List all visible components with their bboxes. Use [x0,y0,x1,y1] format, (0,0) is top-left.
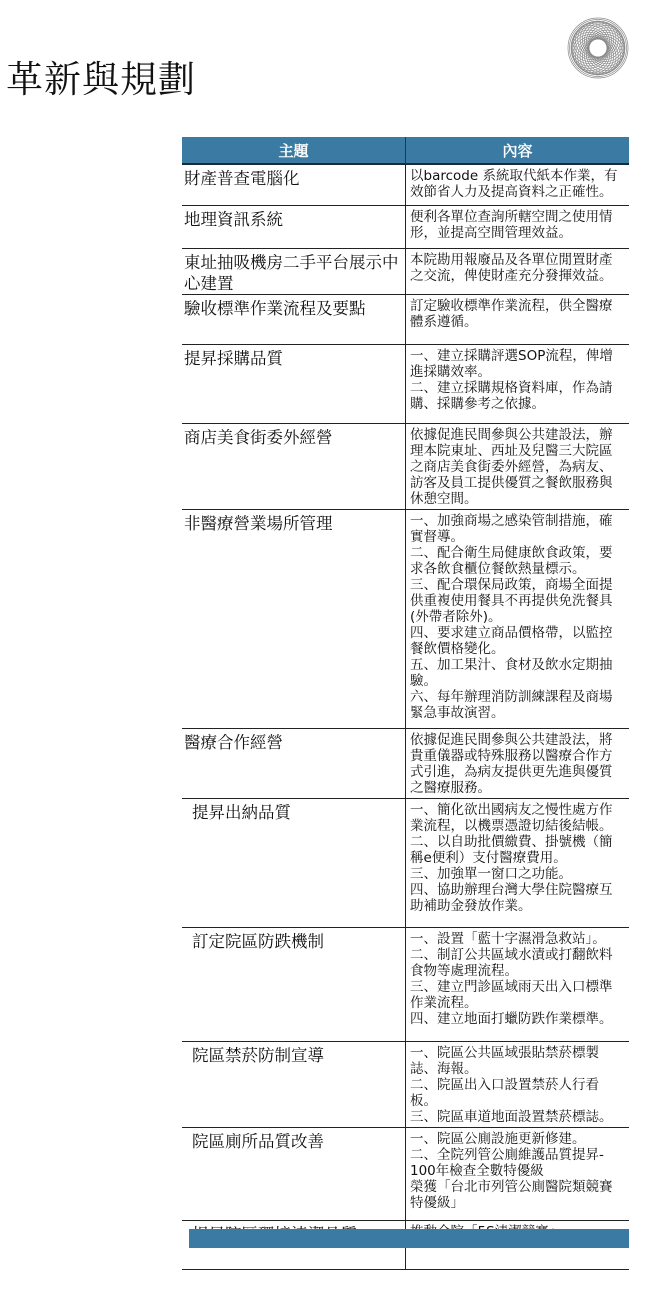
content-line: 依據促進民間參與公共建設法，辦理本院東址、西址及兒醫三大院區之商店美食街委外經營… [410,427,625,507]
content-line: 三、建立門診區域雨天出入口標準作業流程。 [410,979,625,1011]
content-line: 四、建立地面打蠟防跌作業標準。 [410,1011,625,1027]
row-topic: 醫療合作經營 [182,728,406,798]
table-row: 驗收標準作業流程及要點訂定驗收標準作業流程，供全醫療體系遵循。 [182,294,629,344]
content-line: 一、建立採購評選SOP流程，俾增進採購效率。 [410,348,625,380]
row-content: 一、加強商場之感染管制措施，確實督導。二、配合衛生局健康飲食政策，要求各飲食櫃位… [406,509,630,728]
table-row: 商店美食街委外經營依據促進民間參與公共建設法，辦理本院東址、西址及兒醫三大院區之… [182,423,629,509]
row-topic: 院區禁菸防制宣導 [182,1041,406,1127]
row-topic: 財產普查電腦化 [182,164,406,205]
table-row: 地理資訊系統便利各單位查詢所轄空間之使用情形，並提高空間管理效益。 [182,205,629,248]
table-header-row: 主題 內容 [182,137,629,164]
row-content: 依據促進民間參與公共建設法，辦理本院東址、西址及兒醫三大院區之商店美食街委外經營… [406,423,630,509]
header-topic: 主題 [182,137,406,164]
content-line: 一、簡化欲出國病友之慢性處方作業流程，以機票憑證切結後結帳。 [410,802,625,834]
content-line: 三、加強單一窗口之功能。 [410,866,625,882]
row-topic: 提昇出納品質 [182,798,406,927]
content-line: 依據促進民間參與公共建設法，將貴重儀器或特殊服務以醫療合作方式引進，為病友提供更… [410,732,625,796]
table-row: 院區廁所品質改善一、院區公廁設施更新修建。二、全院列管公廁維護品質提昇-100年… [182,1127,629,1220]
table-footer-bar [189,1229,629,1248]
content-line: 一、院區公廁設施更新修建。 [410,1131,625,1147]
content-line: 五、加工果汁、食材及飲水定期抽驗。 [410,657,625,689]
table-row: 院區禁菸防制宣導一、院區公共區域張貼禁菸標製誌、海報。二、院區出入口設置禁菸人行… [182,1041,629,1127]
row-content: 便利各單位查詢所轄空間之使用情形，並提高空間管理效益。 [406,205,630,248]
table-row: 非醫療營業場所管理一、加強商場之感染管制措施，確實督導。二、配合衛生局健康飲食政… [182,509,629,728]
page-title: 革新與規劃 [6,58,196,102]
content-line: 一、院區公共區域張貼禁菸標製誌、海報。 [410,1045,625,1077]
table-row: 提昇採購品質一、建立採購評選SOP流程，俾增進採購效率。二、建立採購規格資料庫，… [182,344,629,423]
content-line: 100年檢查全數特優級 [410,1163,625,1179]
spirograph-logo-icon [566,16,630,80]
row-content: 一、簡化欲出國病友之慢性處方作業流程，以機票憑證切結後結帳。二、以自助批價繳費、… [406,798,630,927]
content-line: 榮獲「台北市列管公廁醫院類競賽特優級」 [410,1179,625,1211]
content-line: 三、配合環保局政策，商場全面提供重複使用餐具不再提供免洗餐具(外帶者除外)。 [410,577,625,625]
table-row: 東址抽吸機房二手平台展示中心建置本院勘用報廢品及各單位閒置財產之交流，俾使財產充… [182,248,629,294]
row-topic: 東址抽吸機房二手平台展示中心建置 [182,248,406,294]
content-line: 本院勘用報廢品及各單位閒置財產之交流，俾使財產充分發揮效益。 [410,252,625,284]
row-content: 一、院區公共區域張貼禁菸標製誌、海報。二、院區出入口設置禁菸人行看板。三、院區車… [406,1041,630,1127]
content-line: 二、以自助批價繳費、掛號機（簡稱e便利）支付醫療費用。 [410,834,625,866]
table-row: 醫療合作經營依據促進民間參與公共建設法，將貴重儀器或特殊服務以醫療合作方式引進，… [182,728,629,798]
table-row: 提昇出納品質一、簡化欲出國病友之慢性處方作業流程，以機票憑證切結後結帳。二、以自… [182,798,629,927]
content-line: 四、要求建立商品價格帶，以監控餐飲價格變化。 [410,625,625,657]
header-content: 內容 [406,137,630,164]
row-topic: 提昇採購品質 [182,344,406,423]
row-topic: 地理資訊系統 [182,205,406,248]
content-line: 二、配合衛生局健康飲食政策，要求各飲食櫃位餐飲熱量標示。 [410,545,625,577]
row-topic: 院區廁所品質改善 [182,1127,406,1220]
content-line: 四、協助辦理台灣大學住院醫療互助補助金發放作業。 [410,882,625,914]
content-line: 二、制訂公共區域水漬或打翻飲料食物等處理流程。 [410,947,625,979]
row-topic: 訂定院區防跌機制 [182,927,406,1041]
content-line: 二、建立採購規格資料庫，作為請購、採購參考之依據。 [410,380,625,412]
content-line: 一、加強商場之感染管制措施，確實督導。 [410,513,625,545]
content-line: 二、院區出入口設置禁菸人行看板。 [410,1077,625,1109]
innovation-planning-table: 主題 內容 財產普查電腦化以barcode 系統取代紙本作業，有效節省人力及提高… [182,137,629,1270]
content-line: 三、院區車道地面設置禁菸標誌。 [410,1109,625,1125]
row-content: 一、院區公廁設施更新修建。二、全院列管公廁維護品質提昇-100年檢查全數特優級榮… [406,1127,630,1220]
content-line: 一、設置「藍十字濕滑急救站」。 [410,931,625,947]
content-line: 二、全院列管公廁維護品質提昇- [410,1147,625,1163]
row-content: 訂定驗收標準作業流程，供全醫療體系遵循。 [406,294,630,344]
content-line: 六、每年辦理消防訓練課程及商場緊急事故演習。 [410,689,625,721]
content-line: 便利各單位查詢所轄空間之使用情形，並提高空間管理效益。 [410,209,625,241]
row-content: 依據促進民間參與公共建設法，將貴重儀器或特殊服務以醫療合作方式引進，為病友提供更… [406,728,630,798]
content-line: 以barcode 系統取代紙本作業，有效節省人力及提高資料之正確性。 [410,168,625,200]
table-row: 訂定院區防跌機制一、設置「藍十字濕滑急救站」。二、制訂公共區域水漬或打翻飲料食物… [182,927,629,1041]
table-row: 財產普查電腦化以barcode 系統取代紙本作業，有效節省人力及提高資料之正確性… [182,164,629,205]
row-content: 以barcode 系統取代紙本作業，有效節省人力及提高資料之正確性。 [406,164,630,205]
content-line: 訂定驗收標準作業流程，供全醫療體系遵循。 [410,298,625,330]
row-topic: 驗收標準作業流程及要點 [182,294,406,344]
row-topic: 商店美食街委外經營 [182,423,406,509]
row-content: 一、設置「藍十字濕滑急救站」。二、制訂公共區域水漬或打翻飲料食物等處理流程。三、… [406,927,630,1041]
row-topic: 非醫療營業場所管理 [182,509,406,728]
row-content: 本院勘用報廢品及各單位閒置財產之交流，俾使財產充分發揮效益。 [406,248,630,294]
row-content: 一、建立採購評選SOP流程，俾增進採購效率。二、建立採購規格資料庫，作為請購、採… [406,344,630,423]
